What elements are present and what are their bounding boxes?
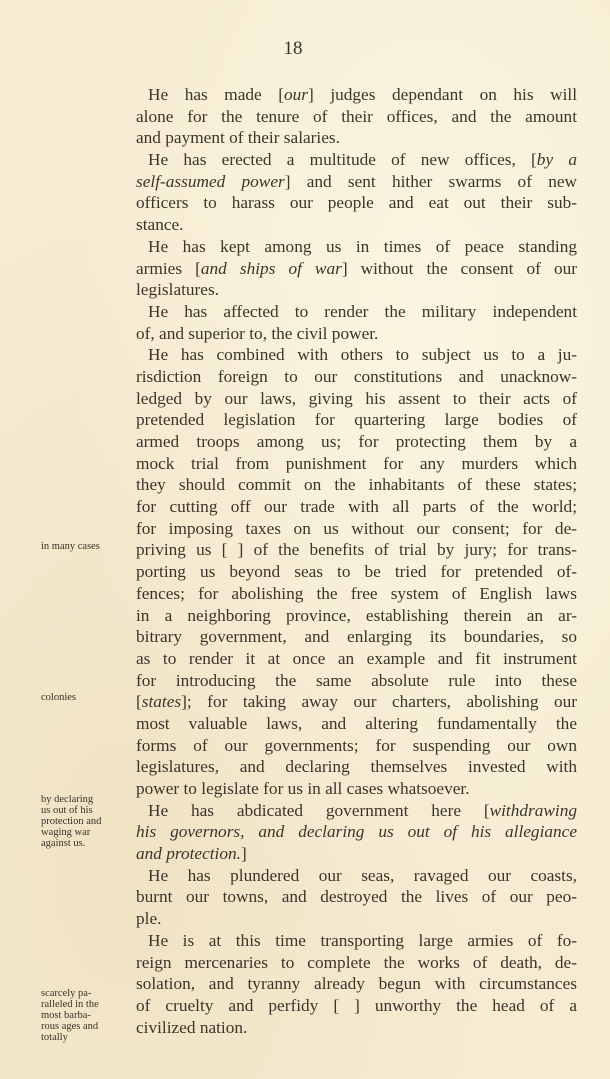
margin-note-line: in many cases	[41, 541, 131, 552]
text-line: officers to harass our people and eat ou…	[136, 192, 577, 214]
text-line: He has made [our] judges dependant on hi…	[136, 84, 577, 106]
text-line: He has affected to render the military i…	[136, 301, 577, 323]
text-line: He has erected a multitude of new office…	[136, 149, 577, 171]
margin-note-line: most barba-	[41, 1010, 131, 1021]
text-line: mock trial from punishment for any murde…	[136, 453, 577, 475]
margin-note-line: by declaring	[41, 794, 131, 805]
text-line: armed troops among us; for protecting th…	[136, 431, 577, 453]
text-line: fences; for abolishing the free system o…	[136, 583, 577, 605]
margin-note-line: rous ages and	[41, 1021, 131, 1032]
margin-note: in many cases	[41, 541, 131, 552]
text-line: legislatures, and declaring themselves i…	[136, 756, 577, 778]
text-line: alone for the tenure of their offices, a…	[136, 106, 577, 128]
text-line: stance.	[136, 214, 577, 236]
margin-note-line: totally	[41, 1032, 131, 1043]
text-line: armies [and ships of war] without the co…	[136, 258, 577, 280]
margin-note-line: scarcely pa-	[41, 988, 131, 999]
text-line: most valuable laws, and altering fundame…	[136, 713, 577, 735]
text-line: and payment of their salaries.	[136, 127, 577, 149]
text-line: He has abdicated government here [withdr…	[136, 800, 577, 822]
text-line: in a neighboring province, establishing …	[136, 605, 577, 627]
text-line: self-assumed power] and sent hither swar…	[136, 171, 577, 193]
paragraph: He has abdicated government here [withdr…	[136, 800, 577, 865]
text-line: He has plundered our seas, ravaged our c…	[136, 865, 577, 887]
body-text: He has made [our] judges dependant on hi…	[136, 84, 577, 1038]
paragraph: He has plundered our seas, ravaged our c…	[136, 865, 577, 930]
margin-note: scarcely pa- ralleled in the most barba-…	[41, 988, 131, 1043]
text-line: and protection.]	[136, 843, 577, 865]
text-line: burnt our towns, and destroyed the lives…	[136, 886, 577, 908]
margin-note-line: us out of his	[41, 805, 131, 816]
text-line: He is at this time transporting large ar…	[136, 930, 577, 952]
text-line: power to legislate for us in all cases w…	[136, 778, 577, 800]
page-number: 18	[278, 38, 308, 60]
text-line: of cruelty and perfidy [ ] unworthy the …	[136, 995, 577, 1017]
text-line: they should commit on the inhabitants of…	[136, 474, 577, 496]
margin-note: by declaring us out of his protection an…	[41, 794, 131, 849]
text-line: risdiction foreign to our constitutions …	[136, 366, 577, 388]
text-line: porting us beyond seas to be tried for p…	[136, 561, 577, 583]
text-line: He has combined with others to subject u…	[136, 344, 577, 366]
margin-note-line: colonies	[41, 692, 131, 703]
margin-note-line: waging war	[41, 827, 131, 838]
paragraph: He is at this time transporting large ar…	[136, 930, 577, 1038]
text-line: his governors, and declaring us out of h…	[136, 821, 577, 843]
text-line: pretended legislation for quartering lar…	[136, 409, 577, 431]
paragraph: He has made [our] judges dependant on hi…	[136, 84, 577, 149]
text-line: reign mercenaries to complete the works …	[136, 952, 577, 974]
text-line: legislatures.	[136, 279, 577, 301]
text-line: as to render it at once an example and f…	[136, 648, 577, 670]
text-line: for imposing taxes on us without our con…	[136, 518, 577, 540]
text-line: civilized nation.	[136, 1017, 577, 1039]
paragraph: He has kept among us in times of peace s…	[136, 236, 577, 301]
paragraph: He has erected a multitude of new office…	[136, 149, 577, 236]
paragraph: He has affected to render the military i…	[136, 301, 577, 344]
margin-note-line: ralleled in the	[41, 999, 131, 1010]
paragraph: He has combined with others to subject u…	[136, 344, 577, 799]
margin-note: colonies	[41, 692, 131, 703]
text-line: of, and superior to, the civil power.	[136, 323, 577, 345]
text-line: priving us [ ] of the benefits of trial …	[136, 539, 577, 561]
text-line: forms of our governments; for suspending…	[136, 735, 577, 757]
text-line: ple.	[136, 908, 577, 930]
margin-note-line: protection and	[41, 816, 131, 827]
text-line: for cutting off our trade with all parts…	[136, 496, 577, 518]
text-line: solation, and tyranny already begun with…	[136, 973, 577, 995]
margin-note-line: against us.	[41, 838, 131, 849]
text-line: bitrary government, and enlarging its bo…	[136, 626, 577, 648]
text-line: for introducing the same absolute rule i…	[136, 670, 577, 692]
text-line: He has kept among us in times of peace s…	[136, 236, 577, 258]
text-line: ledged by our laws, giving his assent to…	[136, 388, 577, 410]
text-line: [states]; for taking away our charters, …	[136, 691, 577, 713]
